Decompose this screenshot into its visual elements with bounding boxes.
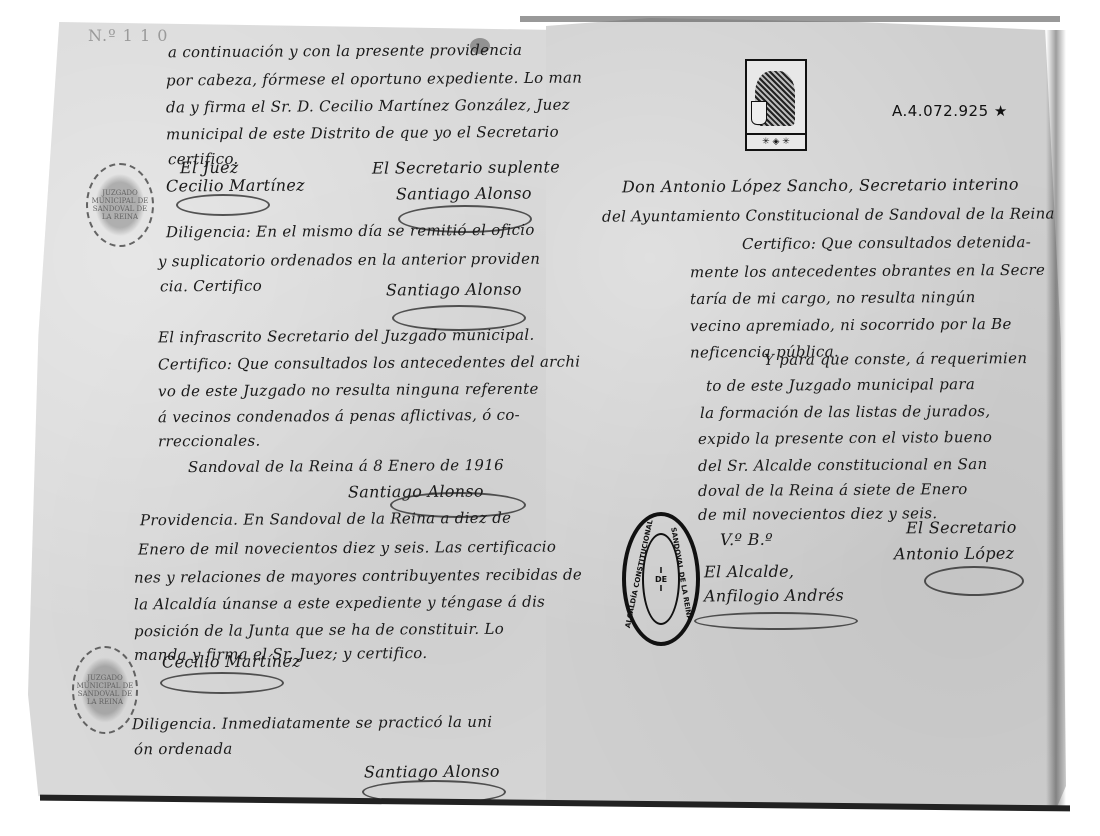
signature-flourish [694,612,858,630]
text-line: posición de la Junta que se ha de consti… [134,620,504,641]
text-line: to de este Juzgado municipal para [706,375,975,395]
judge-signature: Cecilio Martínez [166,176,305,196]
secretary-signature: Santiago Alonso [364,762,500,782]
text-line: del Sr. Alcalde constitucional en San [698,455,988,475]
seal-emblem-icon: ✳ ◈ ✳ [745,59,807,151]
mayor-signature: Anfilogio Andrés [704,586,844,606]
secretary-signature: Santiago Alonso [386,280,522,300]
serial-number: A.4.072.925 ★ [892,102,1008,120]
page-edge-right [1046,30,1066,810]
court-seal-stamp: JUZGADO MUNICIPAL DE SANDOVAL DE LA REIN… [72,646,138,734]
text-line: Providencia. En Sandoval de la Reina a d… [140,509,511,530]
text-line: a continuación y con la presente provide… [168,41,522,61]
text-line: Diligencia: En el mismo día se remitió e… [166,221,535,242]
text-line: y suplicatorio ordenados en la anterior … [158,250,540,271]
text-line: doval de la Reina á siete de Enero [698,480,968,500]
text-line: de mil novecientos diez y seis. [698,504,938,524]
signature-flourish [176,194,270,216]
heading-line: Don Antonio López Sancho, Secretario int… [622,175,1019,197]
text-line: El infrascrito Secretario del Juzgado mu… [158,326,535,347]
text-line: da y firma el Sr. D. Cecilio Martínez Go… [166,96,570,117]
secretary-title: El Secretario suplente [372,157,560,177]
text-line: nes y relaciones de mayores contribuyent… [134,565,582,586]
text-line: Enero de mil novecientos diez y seis. La… [138,538,556,559]
mayor-title: El Alcalde, [704,562,794,582]
text-line: Certifico: Que consultados detenida- [742,233,1031,253]
text-line: ón ordenada [134,740,233,759]
text-line: Y para que conste, á requerimien [764,349,1027,369]
text-line: vo de este Juzgado no resulta ninguna re… [158,380,539,401]
text-line: cia. Certifico [160,277,262,296]
text-line: Certifico: Que consultados los anteceden… [158,353,581,374]
archive-number-stamp: N.º 1 1 0 [88,26,168,45]
stamp-center-line: DE [655,575,667,584]
stamp-center-line: I [660,566,663,575]
text-line: mente los antecedentes obrantes en la Se… [690,261,1045,281]
text-line: la Alcaldía únanse a este expediente y t… [134,593,545,614]
secretary-signature: Santiago Alonso [396,184,532,204]
text-line: vecino apremiado, ni socorrido por la Be [690,315,1012,335]
shield-icon [751,101,767,125]
text-line: expido la presente con el visto bueno [698,428,992,448]
text-line: por cabeza, fórmese el oportuno expedien… [166,69,582,90]
signature-flourish [924,566,1024,596]
text-line: á vecinos condenados á penas aflictivas,… [158,406,520,427]
stamp-center-line: I [660,584,663,593]
page-edge-top [520,16,1060,22]
text-line: Diligencia. Inmediatamente se practicó l… [132,713,492,734]
judge-signature: Cecilio Martínez [162,652,301,672]
place-date: Sandoval de la Reina á 8 Enero de 1916 [188,456,504,476]
secretary-signature: Antonio López [894,544,1015,564]
text-line: municipal de este Distrito de que yo el … [166,123,559,144]
alcaldia-oval-stamp: I DE I ALCALDÍA CONSTITUCIONAL SANDOVAL … [622,512,700,646]
text-line: la formación de las listas de jurados, [700,402,991,422]
judge-title: El Juez [180,158,239,177]
signature-flourish [362,780,506,804]
text-line: rreccionales. [158,432,261,451]
secretary-title: El Secretario [906,518,1017,538]
signature-flourish [160,672,284,694]
court-seal-stamp: JUZGADO MUNICIPAL DE SANDOVAL DE LA REIN… [86,163,154,247]
visto-bueno: V.º B.º [720,530,773,549]
text-line: taría de mi cargo, no resulta ningún [690,288,976,308]
emblem-band: ✳ ◈ ✳ [747,133,805,149]
heading-line: del Ayuntamiento Constitucional de Sando… [602,204,1055,225]
